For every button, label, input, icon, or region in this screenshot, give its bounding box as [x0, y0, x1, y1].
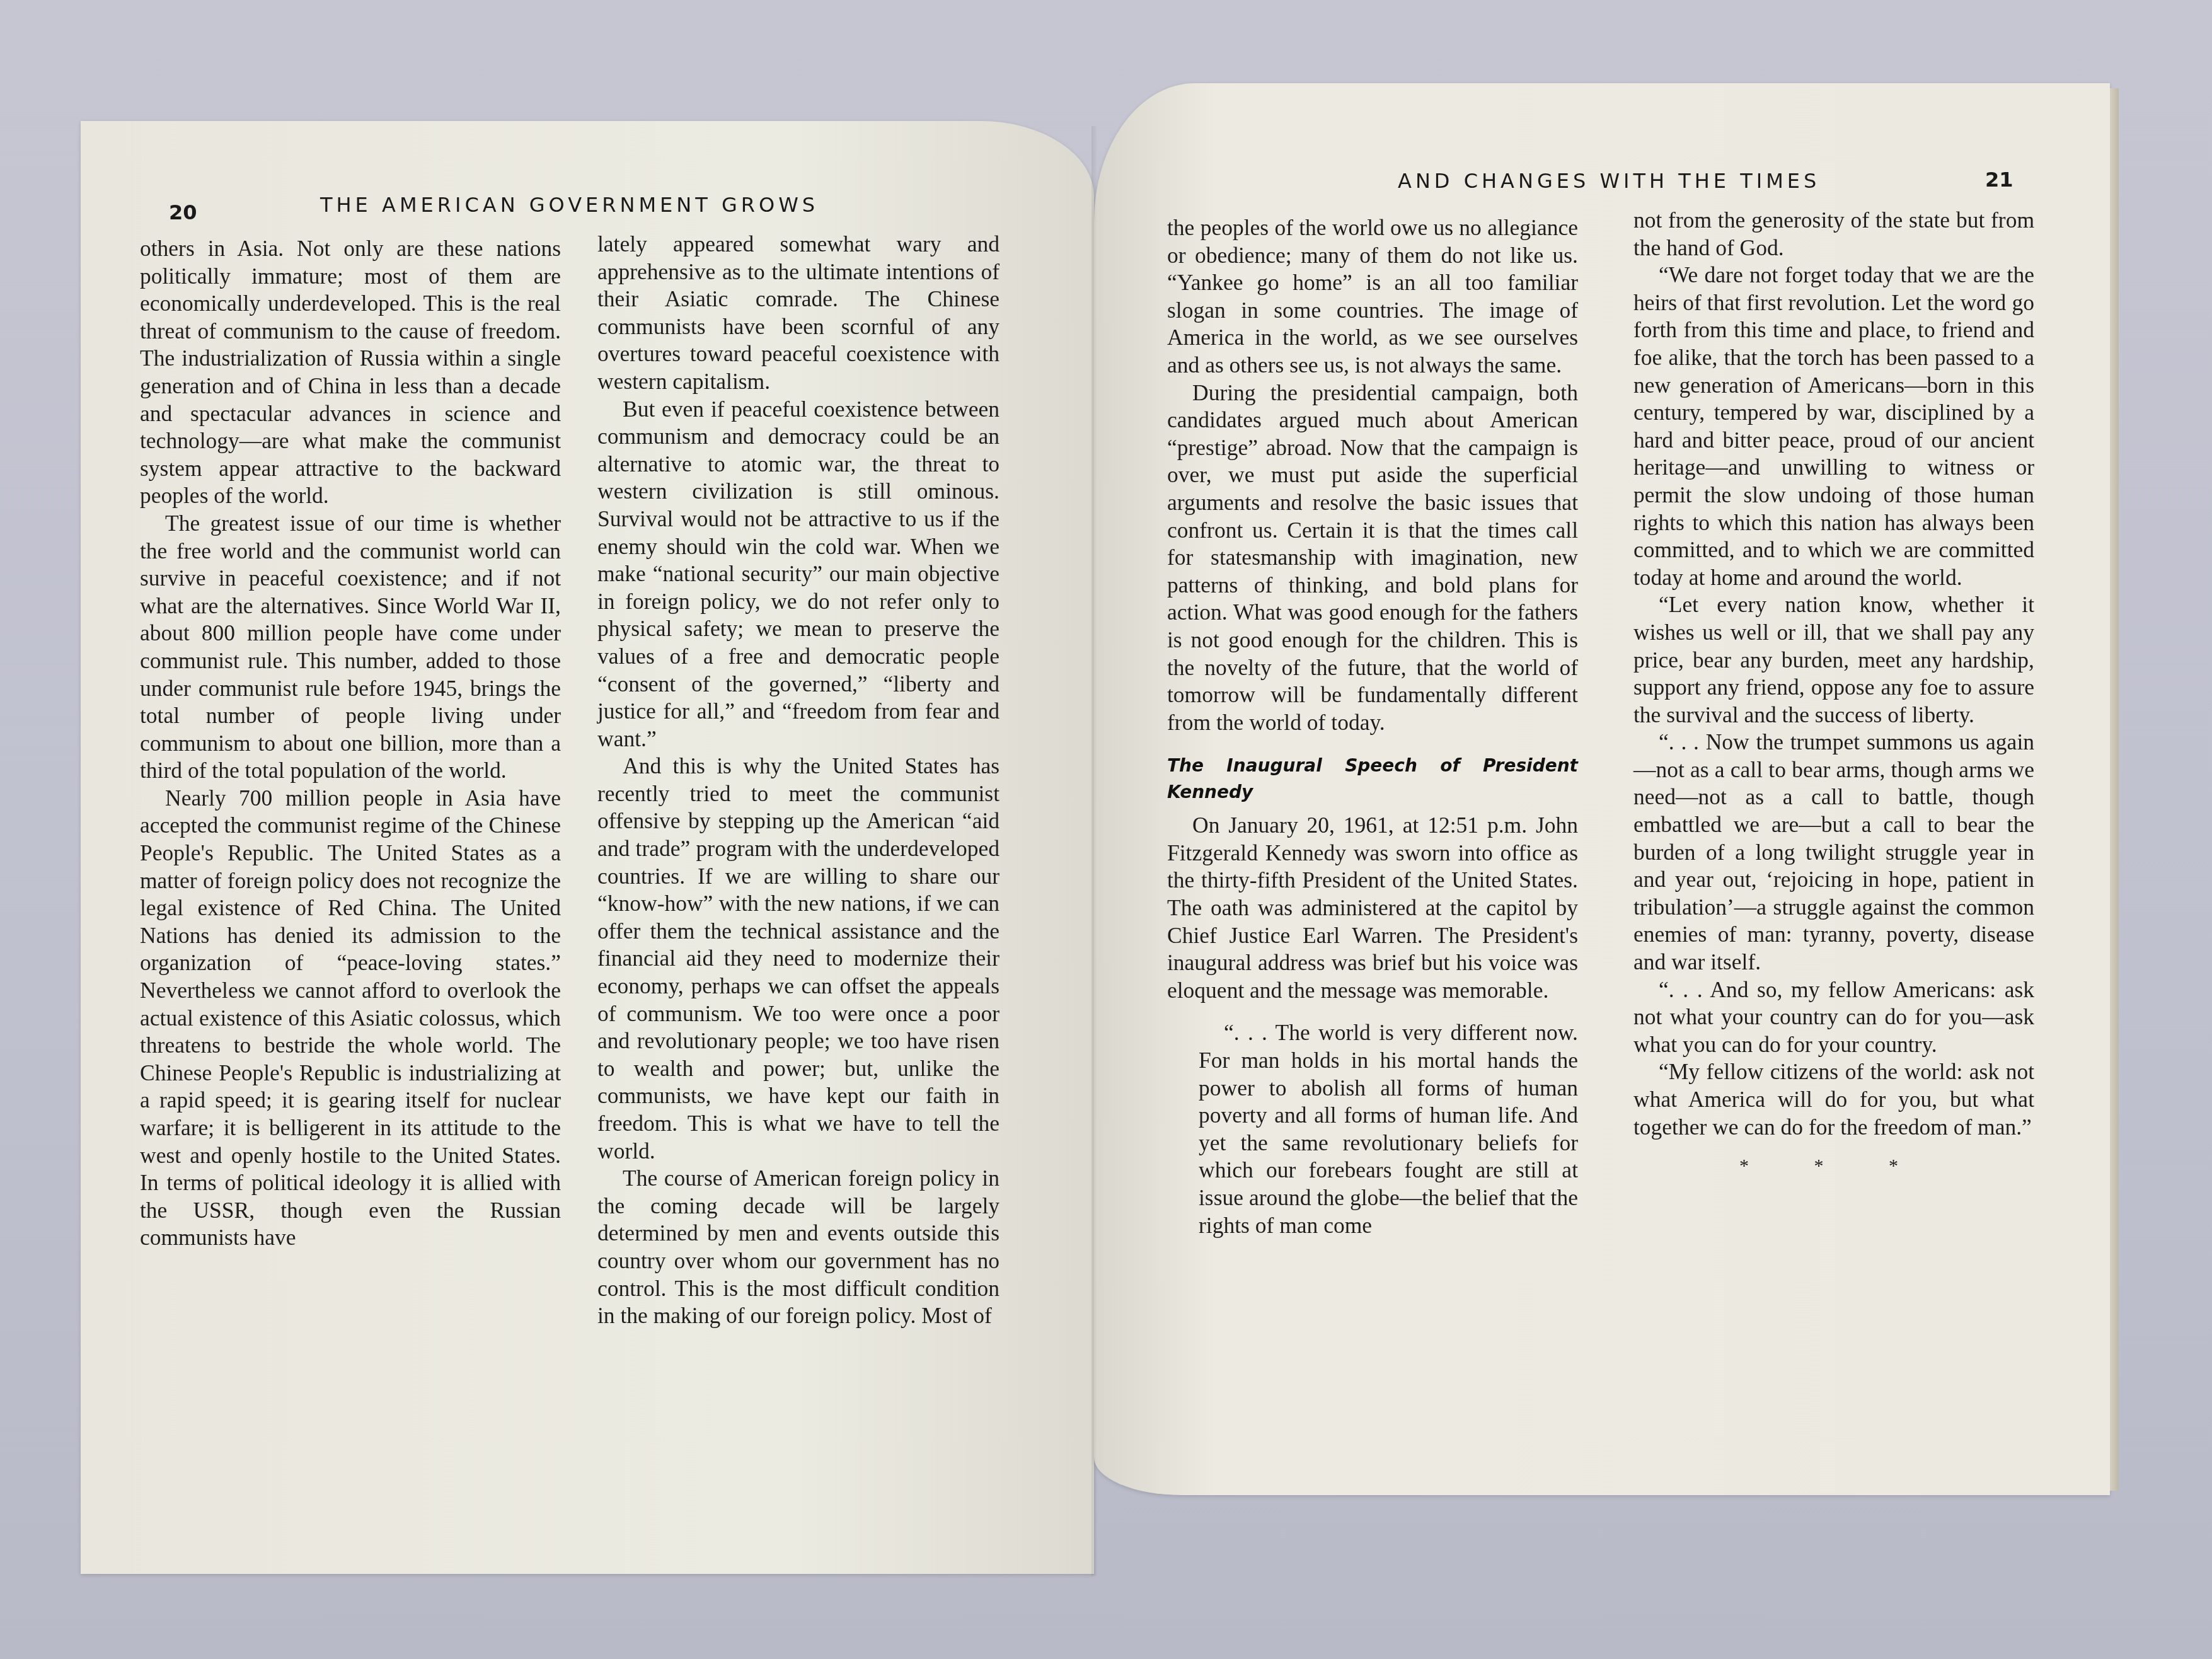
speech-quote: “My fellow citizens of the world: ask no…	[1633, 1058, 2034, 1141]
paragraph: the peoples of the world owe us no alleg…	[1167, 214, 1578, 379]
left-page-column-1: others in Asia. Not only are these natio…	[140, 235, 561, 1252]
paragraph: But even if peaceful coexistence between…	[597, 396, 999, 753]
right-page-column-1: the peoples of the world owe us no alleg…	[1167, 214, 1578, 1239]
paragraph: others in Asia. Not only are these natio…	[140, 235, 561, 510]
left-page-column-2: lately appeared somewhat wary and appreh…	[597, 231, 999, 1330]
speech-quote: “Let every nation know, whether it wishe…	[1633, 591, 2034, 729]
page-stack-edge	[2110, 88, 2119, 1491]
section-subheading: The Inaugural Speech of President Kenned…	[1167, 753, 1578, 806]
paragraph: The greatest issue of our time is whethe…	[140, 510, 561, 785]
paragraph: During the presidential campaign, both c…	[1167, 379, 1578, 737]
paragraph: And this is why the United States has re…	[597, 753, 999, 1165]
page-number-left: 20	[169, 200, 197, 224]
speech-quote: “. . . And so, my fellow Americans: ask …	[1633, 976, 2034, 1059]
book-gutter	[1092, 126, 1097, 1576]
paragraph: The course of American foreign policy in…	[597, 1165, 999, 1330]
page-number-right: 21	[1985, 168, 2013, 192]
running-head-left: THE AMERICAN GOVERNMENT GROWS	[320, 193, 819, 217]
section-break-asterisks: * * *	[1633, 1152, 2034, 1180]
running-head-right: AND CHANGES WITH THE TIMES	[1398, 169, 1820, 193]
paragraph: lately appeared somewhat wary and appreh…	[597, 231, 999, 396]
speech-quote: “. . . Now the trumpet summons us again—…	[1633, 729, 2034, 976]
right-page-column-2: not from the generosity of the state but…	[1633, 207, 2034, 1180]
speech-quote: “. . . The world is very different now. …	[1167, 1019, 1578, 1239]
speech-quote: not from the generosity of the state but…	[1633, 207, 2034, 262]
speech-quote: “We dare not forget today that we are th…	[1633, 262, 2034, 591]
paragraph: Nearly 700 million people in Asia have a…	[140, 785, 561, 1252]
paragraph: On January 20, 1961, at 12:51 p.m. John …	[1167, 812, 1578, 1004]
